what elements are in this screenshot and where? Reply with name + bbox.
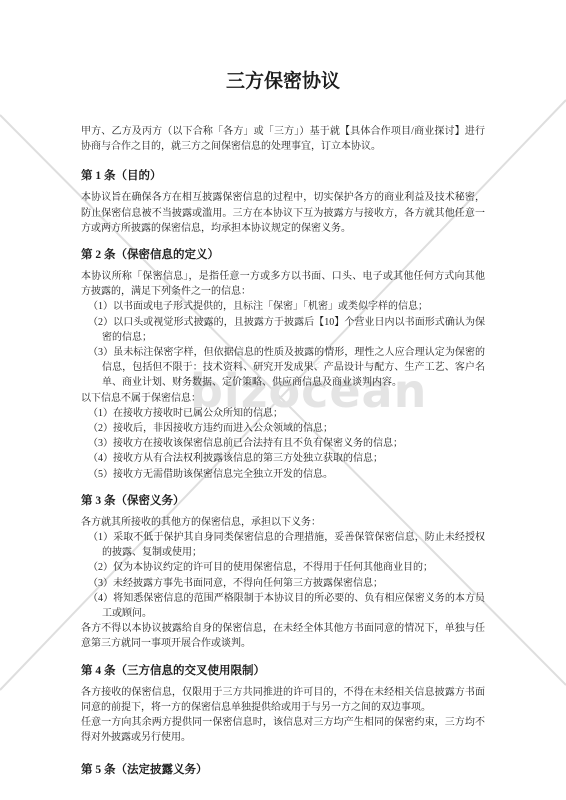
list-item: （1）采取不低于保护其自身同类保密信息的合理措施，妥善保管保密信息，防止未经授权… bbox=[102, 530, 485, 560]
section-heading: 第 3 条（保密义务） bbox=[81, 493, 485, 509]
list-item: （3）虽未标注保密字样，但依据信息的性质及披露的情形，理性之人应合理认定为保密的… bbox=[102, 345, 485, 391]
intro-paragraph: 甲方、乙方及丙方（以下合称「各方」或「三方」）基于就【具体合作项目/商业探讨】进… bbox=[81, 124, 485, 154]
section-heading: 第 5 条（法定披露义务） bbox=[81, 762, 485, 778]
section-heading: 第 2 条（保密信息的定义） bbox=[81, 247, 485, 263]
list-item: （3）未经披露方事先书面同意，不得向任何第三方披露保密信息； bbox=[102, 576, 485, 591]
document-content: 三方保密协议 甲方、乙方及丙方（以下合称「各方」或「三方」）基于就【具体合作项目… bbox=[0, 0, 566, 778]
paragraph: 以下信息不属于保密信息： bbox=[81, 391, 485, 406]
section-article-5: 第 5 条（法定披露义务） bbox=[81, 762, 485, 778]
document-title: 三方保密协议 bbox=[81, 70, 485, 94]
section-heading: 第 4 条（三方信息的交叉使用限制） bbox=[81, 663, 485, 679]
section-heading: 第 1 条（目的） bbox=[81, 168, 485, 184]
list-item: （2）以口头或视觉形式披露的，且披露方于披露后【10】个营业日内以书面形式确认为… bbox=[102, 315, 485, 345]
paragraph: 各方接收的保密信息，仅限用于三方共同推进的许可目的，不得在未经相关信息披露方书面… bbox=[81, 685, 485, 715]
paragraph: 本协议旨在确保各方在相互披露保密信息的过程中，切实保护各方的商业利益及技术秘密，… bbox=[81, 190, 485, 236]
document-page: ビズオーシャン bizocean 三方保密协议 甲方、乙方及丙方（以下合称「各方… bbox=[0, 0, 566, 800]
section-article-4: 第 4 条（三方信息的交叉使用限制） 各方接收的保密信息，仅限用于三方共同推进的… bbox=[81, 663, 485, 746]
list-item: （4）接收方从有合法权利披露该信息的第三方处独立获取的信息； bbox=[102, 451, 485, 466]
list-item: （2）接收后，非因接收方违约而进入公众领域的信息； bbox=[102, 421, 485, 436]
section-article-1: 第 1 条（目的） 本协议旨在确保各方在相互披露保密信息的过程中，切实保护各方的… bbox=[81, 168, 485, 236]
section-article-3: 第 3 条（保密义务） 各方就其所接收的其他方的保密信息，承担以下义务： （1）… bbox=[81, 493, 485, 652]
paragraph: 各方就其所接收的其他方的保密信息，承担以下义务： bbox=[81, 515, 485, 530]
list-item: （3）接收方在接收该保密信息前已合法持有且不负有保密义务的信息； bbox=[102, 436, 485, 451]
paragraph: 各方不得以本协议披露给自身的保密信息，在未经全体其他方书面同意的情况下，单独与任… bbox=[81, 621, 485, 651]
section-article-2: 第 2 条（保密信息的定义） 本协议所称「保密信息」，是指任意一方或多方以书面、… bbox=[81, 247, 485, 482]
list-item: （4）将知悉保密信息的范围严格限制于本协议目的所必要的、负有相应保密义务的本方员… bbox=[102, 591, 485, 621]
list-item: （1）以书面或电子形式提供的，且标注「保密」「机密」或类似字样的信息； bbox=[102, 299, 485, 314]
paragraph: 本协议所称「保密信息」，是指任意一方或多方以书面、口头、电子或其他任何方式向其他… bbox=[81, 269, 485, 299]
paragraph: 任意一方向其余两方提供同一保密信息时，该信息对三方均产生相同的保密约束，三方均不… bbox=[81, 715, 485, 745]
list-item: （5）接收方无需借助该保密信息完全独立开发的信息。 bbox=[102, 467, 485, 482]
list-item: （1）在接收方接收时已属公众所知的信息； bbox=[102, 406, 485, 421]
list-item: （2）仅为本协议约定的许可目的使用保密信息，不得用于任何其他商业目的； bbox=[102, 560, 485, 575]
